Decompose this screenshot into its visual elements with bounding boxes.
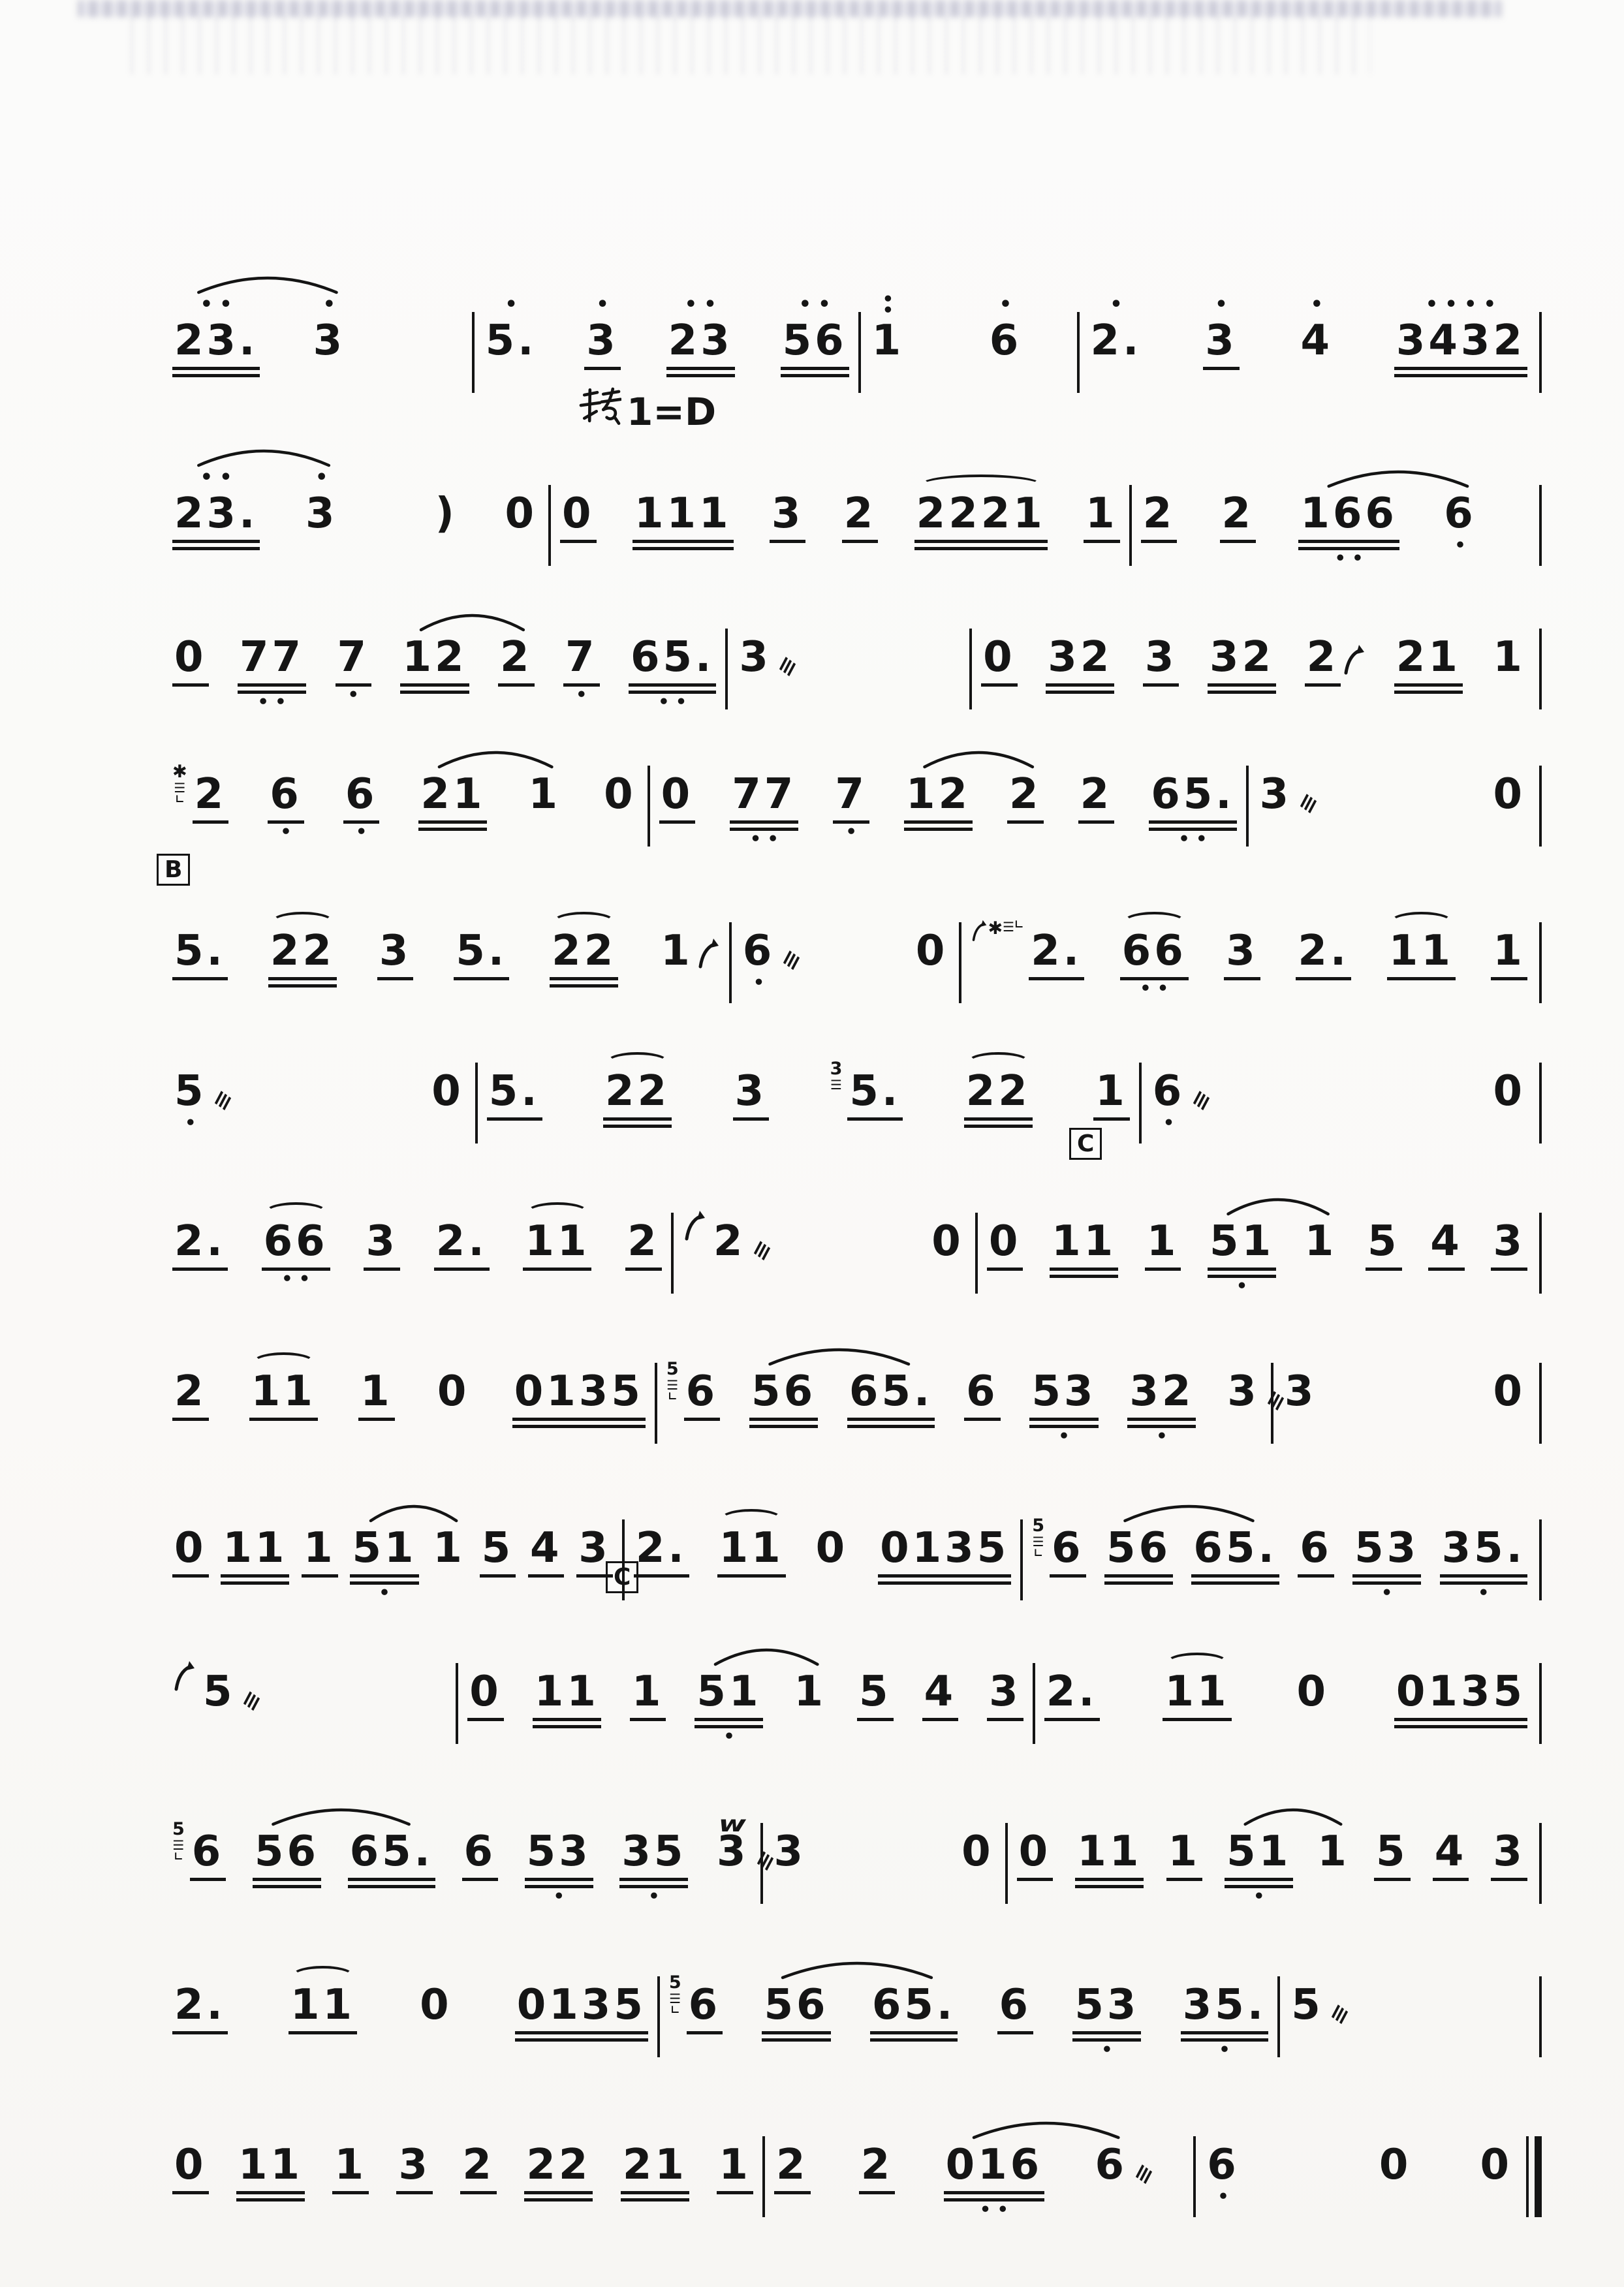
note-token: 21 bbox=[621, 2118, 689, 2201]
beam-underline bbox=[1050, 1268, 1118, 1271]
score-line-1: • •23.•3•5.•3• •23• •56• •1•6•2.•3•4• • … bbox=[163, 294, 1542, 393]
note-text bbox=[866, 927, 873, 974]
octave-dots-below: • bbox=[1440, 1585, 1527, 1604]
note-token: 1 bbox=[527, 747, 563, 818]
rest-token: 0 bbox=[1017, 1805, 1054, 1881]
note-text: 4 bbox=[1428, 1218, 1465, 1265]
note-text: 22 bbox=[268, 927, 337, 974]
note-text: 2 bbox=[1141, 490, 1178, 537]
note-token: 22 bbox=[550, 904, 618, 988]
measure: 077• •7•1227•65.• • bbox=[163, 610, 725, 713]
note-text bbox=[954, 634, 960, 681]
note-token: 3 bbox=[733, 1044, 770, 1121]
end-barline-group bbox=[1539, 610, 1542, 709]
note-token: 7• bbox=[833, 747, 869, 843]
octave-dots-above: • • bbox=[685, 294, 717, 317]
note-text: 11 bbox=[1387, 927, 1456, 974]
barline-end bbox=[1539, 1063, 1542, 1143]
note-token: •5. bbox=[484, 294, 539, 364]
beam-underline bbox=[289, 2031, 357, 2034]
octave-dots-above: • • bbox=[882, 294, 894, 317]
note-token: 2 bbox=[1078, 747, 1115, 824]
octave-dots-below: • bbox=[741, 974, 777, 994]
measure: 5☰∟65665.653•35.• bbox=[1023, 1501, 1537, 1604]
vibrato-mark: ≡ bbox=[1120, 2152, 1167, 2196]
note-text: 5 bbox=[1374, 1828, 1411, 1875]
note-text: 4 bbox=[1299, 317, 1335, 364]
note-token: 2 bbox=[460, 2118, 497, 2194]
note-token: 3 bbox=[1491, 1805, 1527, 1881]
note-token: 11 bbox=[1050, 1194, 1118, 1278]
beam-underline bbox=[1046, 691, 1114, 694]
beam-underline bbox=[332, 2191, 369, 2194]
note-text: 51 bbox=[1225, 1828, 1293, 1875]
measure: 077• •7•122265.• • bbox=[650, 747, 1246, 850]
note-token: 166• • bbox=[1298, 467, 1399, 570]
note-text: ) bbox=[433, 490, 460, 537]
note-text: 0135 bbox=[1394, 1668, 1527, 1715]
end-barline-group bbox=[1539, 1645, 1542, 1744]
fingering-symbol-hook: ∟ bbox=[670, 2005, 679, 2016]
beam-underline bbox=[400, 691, 469, 694]
beam-underline bbox=[770, 540, 806, 543]
dash-token bbox=[1521, 1958, 1527, 2029]
dash-token bbox=[1178, 2118, 1184, 2188]
note-text bbox=[1423, 771, 1429, 818]
note-text: 0135 bbox=[512, 1368, 646, 1415]
beam-underline bbox=[762, 2038, 830, 2042]
barline-end bbox=[1526, 2136, 1529, 2217]
beam-underline bbox=[774, 2191, 811, 2194]
note-text: 6 bbox=[462, 1828, 499, 1875]
beam-underline bbox=[730, 820, 798, 824]
note-text bbox=[370, 1668, 377, 1715]
note-token: 3 bbox=[377, 904, 414, 980]
note-text: 12 bbox=[904, 771, 973, 818]
fingering-symbol-up bbox=[683, 1210, 706, 1241]
octave-dots-below: • bbox=[563, 687, 600, 706]
note-text bbox=[1521, 1982, 1527, 2029]
measure: 01113222211 bbox=[163, 2118, 762, 2201]
note-token: 3≡ bbox=[737, 610, 773, 681]
note-token: 53• bbox=[1029, 1345, 1098, 1448]
note-token: 6≡• bbox=[741, 904, 777, 994]
dash-token bbox=[854, 1805, 861, 1875]
note-text: 1 bbox=[1084, 490, 1120, 537]
measure: • •23.•3)0 bbox=[163, 467, 548, 550]
note-text: 32 bbox=[1127, 1368, 1196, 1415]
measure: 3≡0 bbox=[1249, 747, 1537, 818]
octave-dots-below: • bbox=[833, 824, 869, 843]
note-text bbox=[440, 1668, 446, 1715]
octave-dots-below: • • bbox=[629, 694, 716, 713]
beam-underline bbox=[172, 547, 260, 550]
vibrato-mark: ≡ bbox=[1285, 781, 1332, 826]
note-text: 3 bbox=[772, 1828, 809, 1875]
rest-token: 0 bbox=[1491, 747, 1527, 818]
note-text: 2. bbox=[1044, 1668, 1100, 1715]
note-token: 32• bbox=[1127, 1345, 1196, 1448]
beam-underline bbox=[434, 1268, 490, 1271]
beam-underline bbox=[1208, 1268, 1276, 1271]
beam-underline bbox=[172, 2031, 228, 2034]
beam-underline bbox=[350, 1574, 418, 1578]
beam-underline bbox=[1428, 1268, 1465, 1271]
note-text: 12 bbox=[400, 634, 469, 681]
beam-underline bbox=[221, 1574, 289, 1578]
note-text bbox=[1178, 2141, 1184, 2188]
octave-dots-below: • bbox=[1151, 1115, 1187, 1134]
beam-underline bbox=[418, 828, 487, 831]
note-token: ✱☰∟2. bbox=[971, 904, 1084, 980]
octave-dots-below: • bbox=[1442, 537, 1478, 557]
octave-dots-below: • bbox=[1225, 1888, 1293, 1908]
note-token: 7• bbox=[336, 610, 372, 706]
rest-token: 0 bbox=[987, 1194, 1023, 1271]
note-text: 56 bbox=[253, 1828, 321, 1875]
beam-underline bbox=[1387, 977, 1456, 980]
fingering-symbol-s5: 5☰∟ bbox=[1032, 1517, 1044, 1559]
measure: 011151•1543 bbox=[458, 1645, 1032, 1748]
note-token: 2 bbox=[1305, 610, 1366, 687]
note-text: 32 bbox=[1046, 634, 1114, 681]
note-token: 5 bbox=[1374, 1805, 1411, 1881]
measure: 211100135 bbox=[163, 1345, 655, 1428]
note-token: 6• bbox=[1205, 2118, 1241, 2208]
note-token: 5 bbox=[480, 1501, 516, 1578]
note-token: 5 bbox=[1366, 1194, 1402, 1271]
dash-token bbox=[300, 1645, 307, 1715]
dash-token bbox=[1388, 1044, 1394, 1115]
end-barline-group bbox=[1539, 1805, 1542, 1904]
fingering-symbol-s5: 5☰∟ bbox=[172, 1820, 185, 1863]
note-text: 22 bbox=[550, 927, 618, 974]
fingering-symbol-hook: ∟ bbox=[174, 1852, 183, 1863]
note-text bbox=[1372, 1368, 1379, 1415]
beam-underline bbox=[749, 1425, 818, 1428]
note-text: 0 bbox=[1491, 771, 1527, 818]
note-token: 6• bbox=[343, 747, 380, 843]
slide-up-icon bbox=[1342, 644, 1366, 676]
note-token: 65.• • bbox=[629, 610, 716, 713]
note-text: 2. bbox=[1089, 317, 1144, 364]
octave-dots-above: • • • • bbox=[1426, 294, 1496, 317]
beam-underline bbox=[550, 984, 618, 988]
note-token: 2. bbox=[172, 1958, 228, 2034]
note-token: 51• bbox=[695, 1645, 763, 1748]
note-token: 6≡• bbox=[1151, 1044, 1187, 1134]
note-token: 2 bbox=[498, 610, 535, 687]
note-text: 0 bbox=[960, 1828, 996, 1875]
rest-token: 0 bbox=[1377, 2118, 1414, 2188]
rest-token: 0 bbox=[435, 1345, 472, 1415]
octave-dots-below: • • bbox=[262, 1271, 330, 1290]
note-text: 56 bbox=[749, 1368, 818, 1415]
note-text: 35. bbox=[1440, 1525, 1527, 1572]
beam-underline bbox=[1029, 1418, 1098, 1421]
note-token: 22 bbox=[603, 1044, 672, 1128]
rest-token: 0 bbox=[560, 467, 597, 543]
note-token: 2. bbox=[1044, 1645, 1100, 1721]
note-text: 1 bbox=[792, 1668, 829, 1715]
beam-underline bbox=[1104, 1581, 1173, 1585]
note-text: 6 bbox=[997, 1982, 1034, 2029]
note-token: 11 bbox=[249, 1345, 318, 1421]
beam-underline bbox=[348, 1885, 435, 1888]
note-text: 2. bbox=[434, 1218, 490, 1265]
beam-underline bbox=[460, 2191, 497, 2194]
note-text: 6 bbox=[964, 1368, 1001, 1415]
note-token: 6≡ bbox=[1093, 2118, 1129, 2188]
octave-dots-below: • bbox=[1127, 1428, 1196, 1448]
note-text: 56 bbox=[762, 1982, 830, 2029]
beam-underline bbox=[172, 2191, 209, 2194]
note-text: 0 bbox=[987, 1218, 1023, 1265]
note-text bbox=[300, 1668, 307, 1715]
octave-dots-below: • • bbox=[1298, 550, 1399, 570]
octave-dots-above: • bbox=[1215, 294, 1227, 317]
note-text: 2 bbox=[859, 2141, 896, 2188]
beam-underline bbox=[1352, 1574, 1421, 1578]
note-token: 1 bbox=[792, 1645, 829, 1715]
note-text bbox=[1454, 1982, 1460, 2029]
fingering-symbol-hook: ∟ bbox=[668, 1392, 677, 1403]
note-text: 3 bbox=[733, 1068, 770, 1115]
beam-underline bbox=[524, 2191, 593, 2194]
note-token: 2 bbox=[1220, 467, 1257, 543]
note-text: 5. bbox=[487, 1068, 542, 1115]
note-text: 2221 bbox=[914, 490, 1048, 537]
note-text: 6 bbox=[190, 1828, 226, 1875]
note-text: 6 bbox=[1442, 490, 1478, 537]
end-barline-group bbox=[1539, 1501, 1542, 1600]
note-text bbox=[383, 490, 390, 537]
note-text: 2 bbox=[842, 490, 879, 537]
beam-underline bbox=[1491, 1878, 1527, 1881]
note-text bbox=[1388, 1068, 1394, 1115]
note-text: 1 bbox=[1491, 634, 1527, 681]
measure: 3≡ bbox=[728, 610, 969, 681]
note-text: 0 bbox=[172, 1525, 209, 1572]
beam-underline bbox=[1143, 683, 1179, 687]
dash-token bbox=[866, 904, 873, 974]
vibrato-mark: ≡ bbox=[764, 644, 811, 689]
note-text: 0 bbox=[560, 490, 597, 537]
octave-dots-below: • bbox=[1205, 2188, 1241, 2208]
beam-underline bbox=[576, 1574, 613, 1578]
note-text: 6 bbox=[1205, 2141, 1241, 2188]
note-token: 6• bbox=[268, 747, 304, 843]
note-text: 23 bbox=[666, 317, 735, 364]
beam-underline bbox=[847, 1117, 903, 1121]
note-text: 1 bbox=[659, 927, 695, 974]
end-barline-group bbox=[1539, 1345, 1542, 1444]
octave-dots-below: • bbox=[1208, 1278, 1276, 1298]
note-token: 11 bbox=[1163, 1645, 1231, 1721]
note-token: 12 bbox=[400, 610, 469, 694]
octave-dots-below: • • bbox=[730, 831, 798, 850]
beam-underline bbox=[1394, 367, 1527, 370]
measure: 5.2235.221 bbox=[163, 904, 729, 988]
beam-underline bbox=[515, 2038, 648, 2042]
beam-underline bbox=[1181, 2031, 1268, 2034]
note-token: 56 bbox=[1104, 1501, 1173, 1585]
note-token: 32 bbox=[1046, 610, 1114, 694]
note-token: 21 bbox=[418, 747, 487, 831]
beam-underline bbox=[253, 1885, 321, 1888]
beam-underline bbox=[1366, 1268, 1402, 1271]
barline-end bbox=[1539, 922, 1542, 1003]
note-text: 6 bbox=[684, 1368, 721, 1415]
note-text: 5≡ bbox=[1289, 1982, 1326, 2029]
barline-end bbox=[1539, 1519, 1542, 1600]
fingering-symbol-head: ✱ bbox=[988, 920, 1003, 937]
octave-dots-below: • bbox=[343, 824, 380, 843]
beam-underline bbox=[619, 1878, 688, 1881]
note-text: 3≡w bbox=[715, 1828, 751, 1875]
beam-underline bbox=[1163, 1718, 1231, 1721]
scan-artifact-top bbox=[78, 0, 1501, 17]
rest-token: 0 bbox=[1294, 1645, 1331, 1715]
fingering-symbol-lines: ☰ bbox=[174, 781, 185, 794]
note-token: 2221 bbox=[914, 467, 1048, 550]
beam-underline bbox=[1208, 683, 1276, 687]
note-text bbox=[854, 1828, 861, 1875]
beam-underline bbox=[172, 1418, 209, 1421]
note-token: 35.• bbox=[1440, 1501, 1527, 1604]
note-token: 11 bbox=[523, 1194, 591, 1271]
measure: •5.•3• •23• •56 bbox=[475, 294, 858, 377]
beam-underline bbox=[172, 683, 209, 687]
score-line-3: 077• •7•1227•65.• •3≡0323322211 bbox=[163, 610, 1542, 713]
note-token: • •23. bbox=[172, 294, 260, 377]
note-text: 2. bbox=[172, 1218, 228, 1265]
beam-underline bbox=[1044, 1718, 1100, 1721]
beam-underline bbox=[1224, 977, 1260, 980]
note-token: 3☰5. bbox=[830, 1044, 903, 1121]
note-text: 56 bbox=[1104, 1525, 1173, 1572]
note-text: 0135 bbox=[878, 1525, 1011, 1572]
note-text: 111 bbox=[632, 490, 734, 537]
fingering-symbol-hook: ∟ bbox=[1034, 1548, 1043, 1559]
note-text: 32 bbox=[1208, 634, 1276, 681]
note-token: 2 bbox=[842, 467, 879, 543]
note-text: 6 bbox=[343, 771, 380, 818]
beam-underline bbox=[629, 683, 716, 687]
note-token: 51• bbox=[1225, 1805, 1293, 1908]
octave-dots-below: • bbox=[268, 824, 304, 843]
dash-token bbox=[1355, 747, 1362, 818]
note-text: 65. bbox=[870, 1982, 958, 2029]
beam-underline bbox=[1084, 540, 1120, 543]
fingering-symbol-head: 5 bbox=[669, 1974, 681, 1991]
note-text: 1 bbox=[1093, 1068, 1130, 1115]
trill-mark: w bbox=[719, 1801, 751, 1848]
note-text: 5≡ bbox=[172, 1068, 209, 1115]
note-token: 6• bbox=[1442, 467, 1478, 557]
note-token: 5≡ bbox=[1289, 1958, 1326, 2029]
note-token: 51• bbox=[1208, 1194, 1276, 1298]
rest-token: 0 bbox=[814, 1501, 851, 1572]
note-text: 6 bbox=[1298, 1525, 1334, 1572]
note-token: 5☰∟6 bbox=[669, 1958, 723, 2034]
note-token: 2. bbox=[1296, 904, 1351, 980]
beam-underline bbox=[1104, 1574, 1173, 1578]
vibrato-mark: ≡ bbox=[1316, 1992, 1363, 2036]
beam-underline bbox=[512, 1418, 646, 1421]
beam-underline bbox=[533, 1718, 601, 1721]
note-text: 5. bbox=[847, 1068, 903, 1115]
note-text: 51 bbox=[695, 1668, 763, 1715]
dash-token bbox=[804, 1194, 811, 1265]
note-token: 1 bbox=[659, 904, 720, 974]
beam-underline bbox=[625, 1268, 662, 1271]
beam-underline bbox=[717, 2191, 753, 2194]
dash-token bbox=[907, 1805, 913, 1875]
note-text: 77 bbox=[730, 771, 798, 818]
note-text: 1 bbox=[1166, 1828, 1203, 1875]
rest-token: 0 bbox=[172, 2118, 209, 2194]
fingering-symbol-lines: ☰ bbox=[1003, 920, 1014, 933]
beam-underline bbox=[396, 2191, 433, 2194]
note-text: 2. bbox=[634, 1525, 689, 1572]
note-token: 1 bbox=[302, 1501, 338, 1578]
dash-token bbox=[278, 1044, 285, 1115]
dash-token bbox=[1431, 1345, 1438, 1415]
beam-underline bbox=[632, 547, 734, 550]
note-token: 2 bbox=[172, 1345, 209, 1421]
note-text: 66 bbox=[1120, 927, 1189, 974]
note-text: 3 bbox=[377, 927, 414, 974]
beam-underline bbox=[193, 820, 229, 824]
rest-token: 0 bbox=[1491, 1345, 1527, 1415]
measure: 5≡ bbox=[163, 1645, 456, 1715]
score-line-13: 0111322221122016• •6≡6•00 bbox=[163, 2118, 1542, 2221]
dash-token bbox=[1521, 467, 1527, 537]
beam-underline bbox=[1093, 1117, 1130, 1121]
octave-dots-below: • • bbox=[1120, 980, 1189, 1000]
fingering-symbol-head: 5 bbox=[666, 1360, 679, 1378]
beam-underline bbox=[944, 2191, 1045, 2194]
note-text: 22 bbox=[603, 1068, 672, 1115]
octave-dots-below: • • bbox=[238, 694, 306, 713]
barline-end bbox=[1539, 629, 1542, 709]
scan-artifact-ticks bbox=[131, 16, 1371, 74]
beam-underline bbox=[749, 1418, 818, 1421]
note-text bbox=[1306, 2141, 1313, 2188]
beam-underline bbox=[632, 540, 734, 543]
beam-underline bbox=[987, 1718, 1023, 1721]
dash-token bbox=[1423, 747, 1429, 818]
note-token: •3 bbox=[311, 294, 348, 364]
beam-underline bbox=[964, 1125, 1033, 1128]
beam-underline bbox=[1078, 820, 1115, 824]
note-token: 32 bbox=[1208, 610, 1276, 694]
note-text: 0 bbox=[1478, 2141, 1514, 2188]
note-token: 2 bbox=[774, 2118, 811, 2194]
beam-underline bbox=[904, 820, 973, 824]
octave-dots-above: • bbox=[323, 294, 336, 317]
sheet-music-page: 1=D B C C • •23.•3•5.•3• •23• •56• •1•6•… bbox=[0, 0, 1624, 2287]
paren-token: ) bbox=[433, 467, 460, 537]
note-text bbox=[818, 927, 824, 974]
note-text: 53 bbox=[1072, 1982, 1141, 2029]
note-text: 2 bbox=[193, 771, 229, 818]
dash-token bbox=[1061, 294, 1068, 364]
beam-underline bbox=[666, 367, 735, 370]
note-token: 2. bbox=[172, 1194, 228, 1271]
note-token: 4 bbox=[528, 1501, 565, 1578]
